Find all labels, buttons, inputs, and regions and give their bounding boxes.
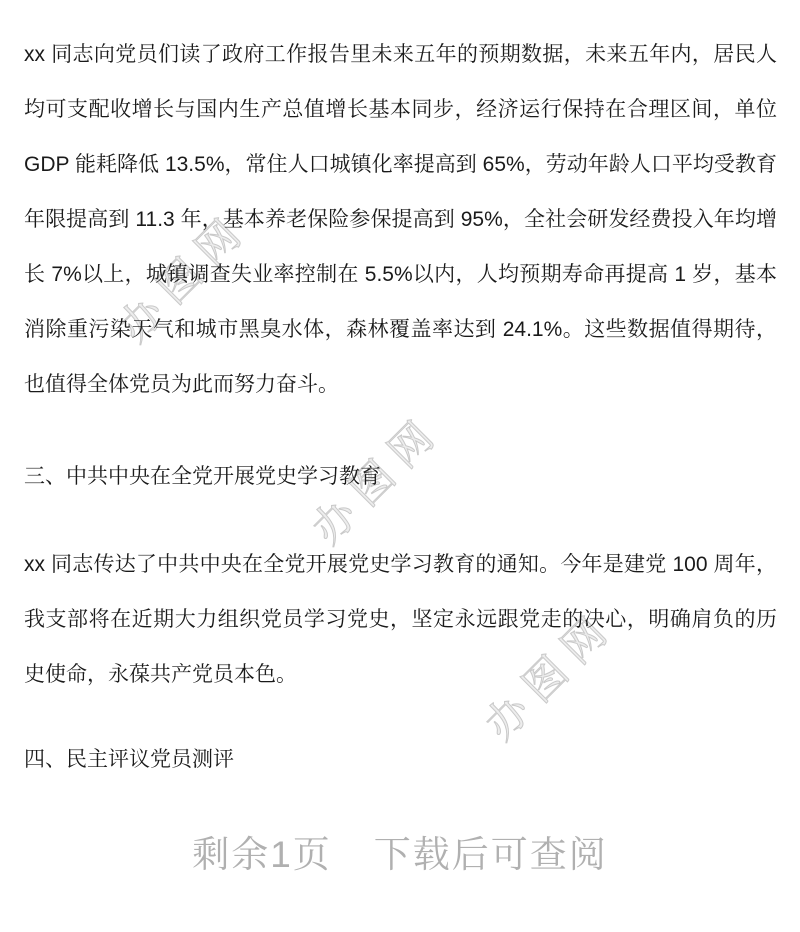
paragraph-work-report-data: xx 同志向党员们读了政府工作报告里未来五年的预期数据，未来五年内，居民人 均可… (24, 27, 777, 412)
text-line: 年限提高到 11.3 年，基本养老保险参保提高到 95%，全社会研发经费投入年均… (24, 192, 777, 247)
text-line: xx 同志向党员们读了政府工作报告里未来五年的预期数据，未来五年内，居民人 (24, 27, 777, 82)
text-line: 史使命，永葆共产党员本色。 (24, 647, 777, 702)
section-heading-party-history-education: 三、中共中央在全党开展党史学习教育 (24, 449, 777, 504)
preview-footer: 剩余1页下载后可查阅 (0, 827, 800, 883)
text-line: 长 7%以上，城镇调查失业率控制在 5.5%以内，人均预期寿命再提高 1 岁，基… (24, 247, 777, 302)
section-heading-democratic-review: 四、民主评议党员测评 (24, 732, 777, 787)
text-line: GDP 能耗降低 13.5%，常住人口城镇化率提高到 65%，劳动年龄人口平均受… (24, 137, 777, 192)
document-body: xx 同志向党员们读了政府工作报告里未来五年的预期数据，未来五年内，居民人 均可… (24, 27, 777, 787)
text-line: 也值得全体党员为此而努力奋斗。 (24, 357, 777, 412)
document-page: 办图网 办图网 办图网 xx 同志向党员们读了政府工作报告里未来五年的预期数据，… (0, 0, 800, 932)
download-hint-label: 下载后可查阅 (374, 834, 608, 875)
paragraph-party-history-notice: xx 同志传达了中共中央在全党开展党史学习教育的通知。今年是建党 100 周年，… (24, 537, 777, 702)
text-line: 均可支配收增长与国内生产总值增长基本同步，经济运行保持在合理区间，单位 (24, 82, 777, 137)
text-line: xx 同志传达了中共中央在全党开展党史学习教育的通知。今年是建党 100 周年， (24, 537, 777, 592)
text-line: 消除重污染天气和城市黑臭水体，森林覆盖率达到 24.1%。这些数据值得期待， (24, 302, 777, 357)
text-line: 我支部将在近期大力组织党员学习党史，坚定永远跟党走的决心，明确肩负的历 (24, 592, 777, 647)
remaining-pages-label: 剩余1页 (192, 834, 332, 875)
